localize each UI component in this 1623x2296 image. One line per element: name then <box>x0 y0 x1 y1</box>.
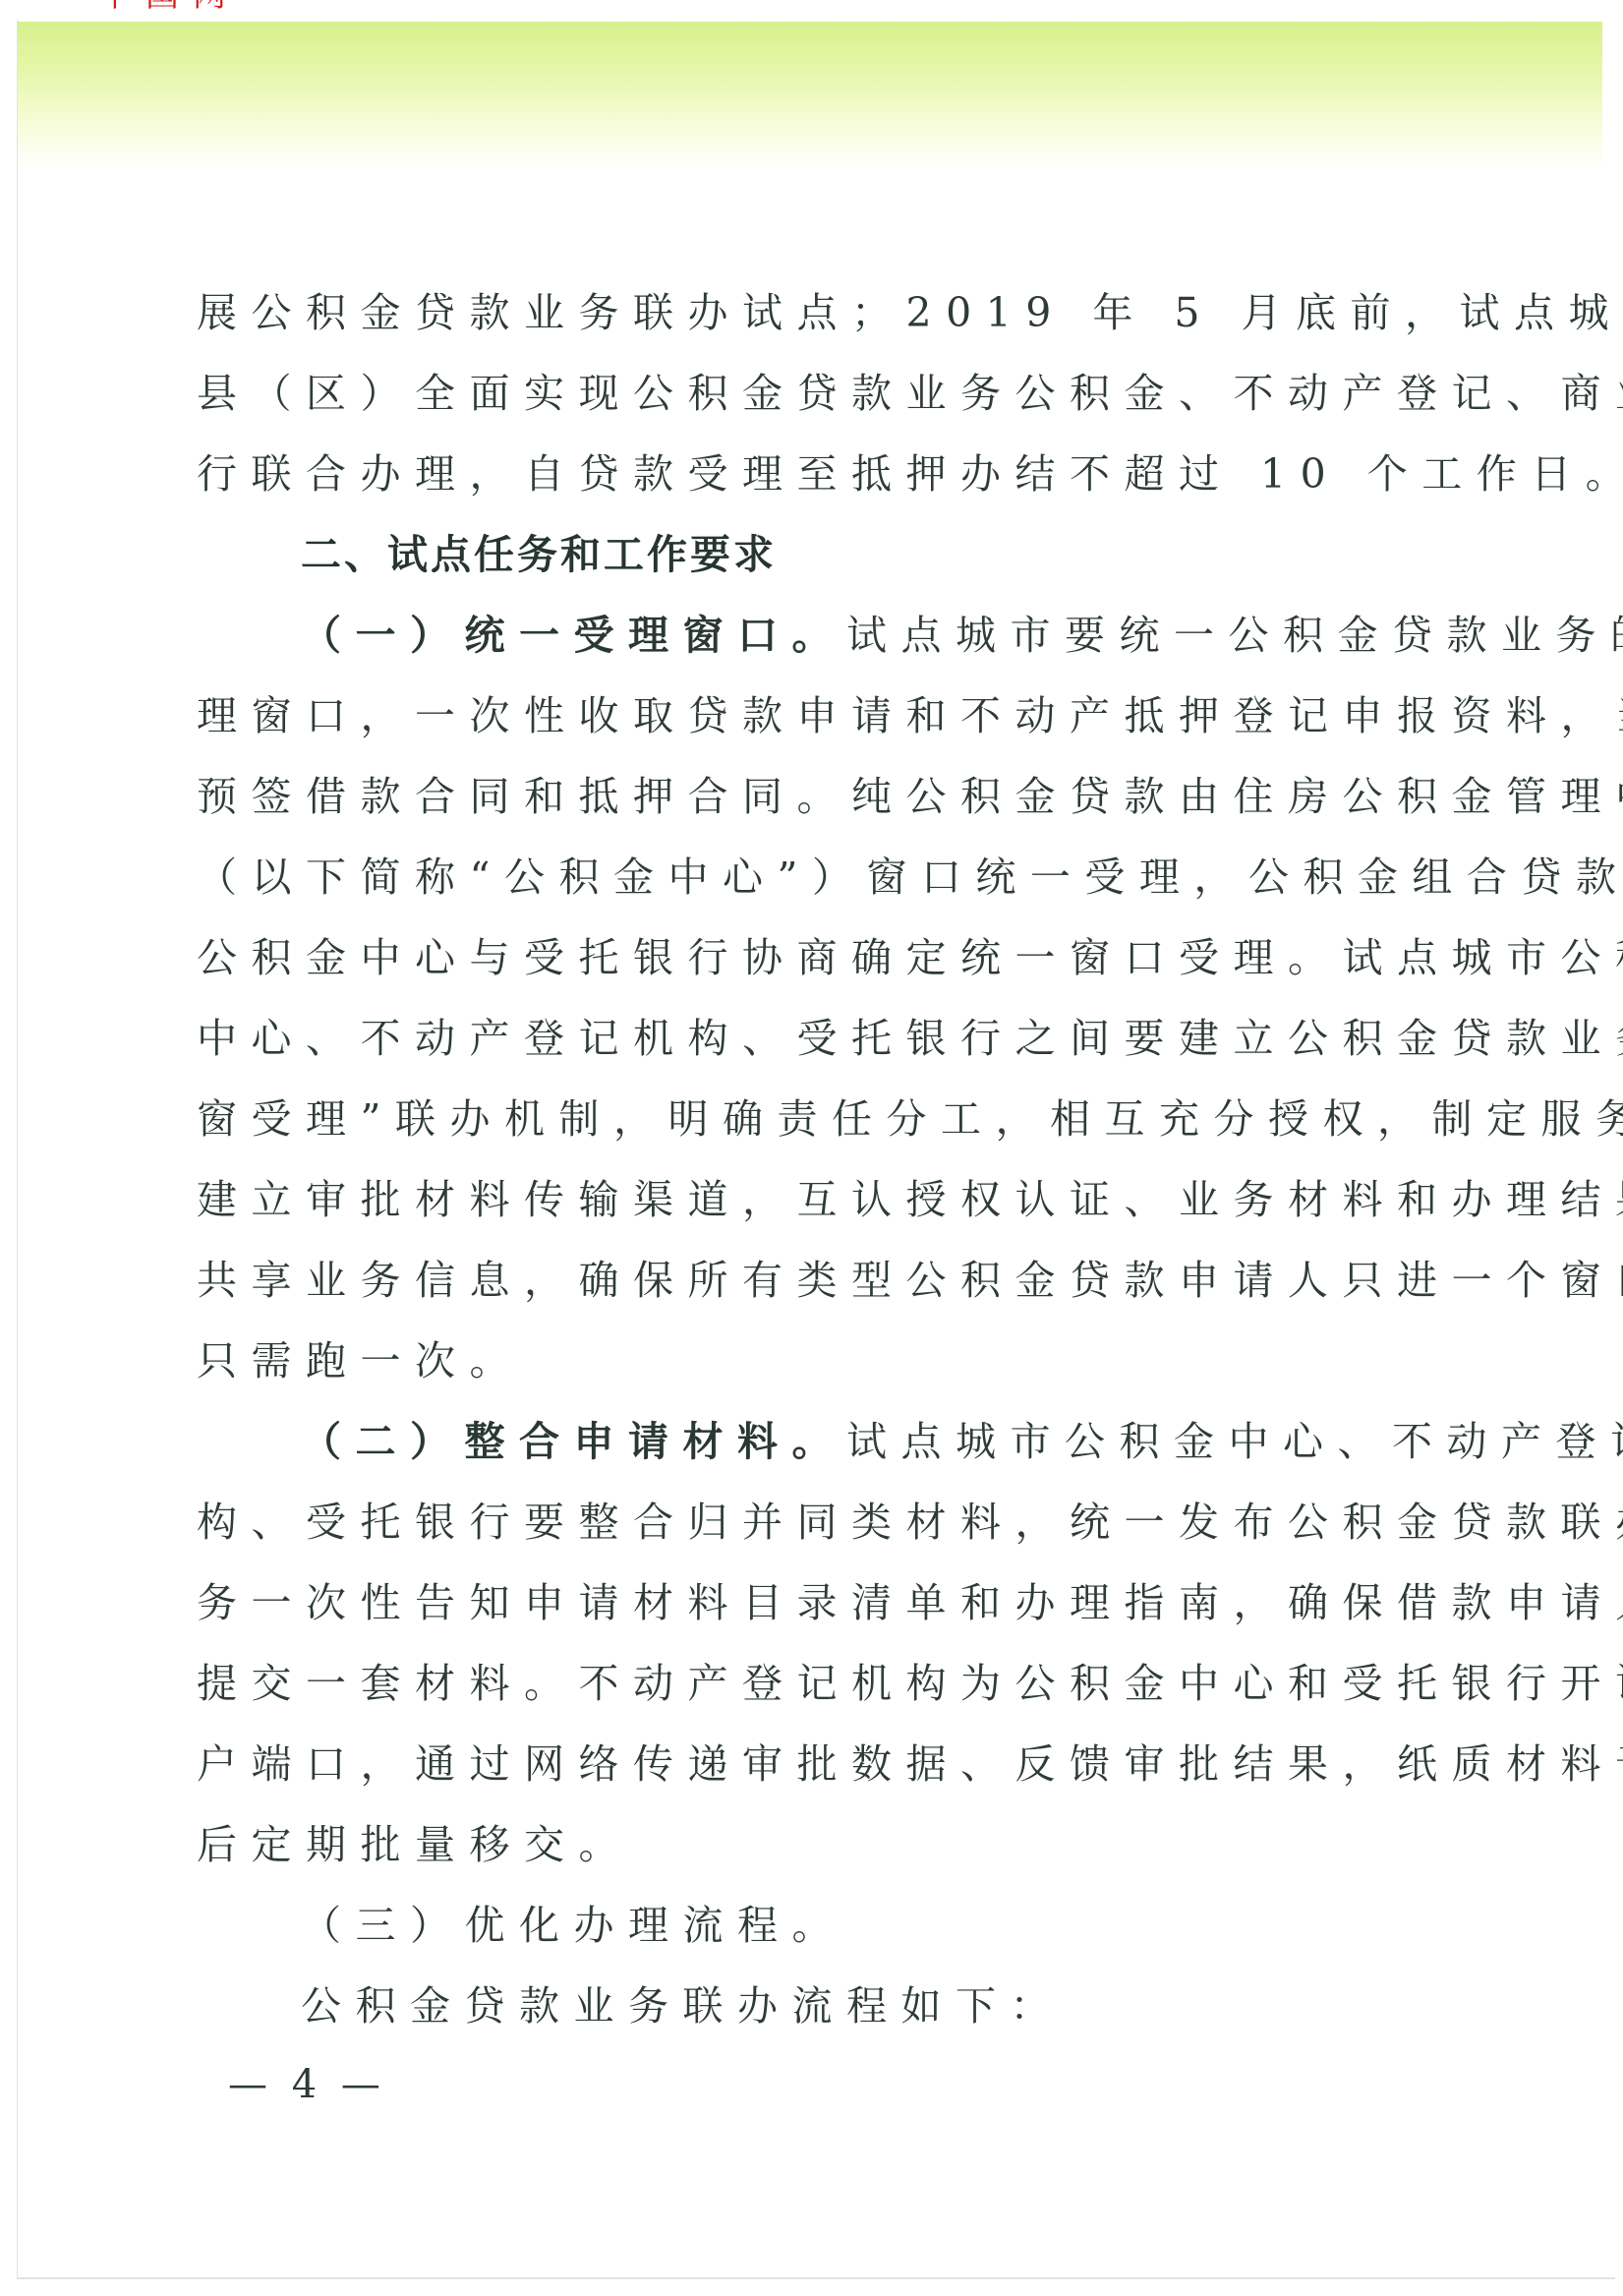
text-line: 建立审批材料传输渠道，互认授权认证、业务材料和办理结果， <box>197 1159 1450 1240</box>
text-line: 公积金贷款业务联办流程如下： <box>197 1966 1450 2046</box>
text-line: （以下简称“公积金中心”）窗口统一受理，公积金组合贷款可由 <box>197 837 1450 917</box>
text-line: 窗受理”联办机制，明确责任分工，相互充分授权，制定服务规范， <box>197 1079 1450 1159</box>
text-line: 行联合办理，自贷款受理至抵押办结不超过 10 个工作日。 <box>197 434 1450 514</box>
text-line: 理窗口，一次性收取贷款申请和不动产抵押登记申报资料，当场 <box>197 676 1450 756</box>
paragraph-integrate-materials: （二）整合申请材料。试点城市公积金中心、不动产登记机 构、受托银行要整合归并同类… <box>197 1401 1450 1885</box>
text-line: 提交一套材料。不动产登记机构为公积金中心和受托银行开设用 <box>197 1643 1450 1724</box>
text-line: （二）整合申请材料。试点城市公积金中心、不动产登记机 <box>197 1401 1450 1482</box>
text-line: 只需跑一次。 <box>197 1321 1450 1401</box>
text-line: （三）优化办理流程。 <box>197 1885 1450 1966</box>
text-line: 公积金中心与受托银行协商确定统一窗口受理。试点城市公积金 <box>197 917 1450 998</box>
top-stamp-text: 中国网 <box>98 0 240 12</box>
text-line: 户端口，通过网络传递审批数据、反馈审批结果，纸质材料于事 <box>197 1724 1450 1804</box>
text-line: 构、受托银行要整合归并同类材料，统一发布公积金贷款联办业 <box>197 1482 1450 1562</box>
page-number: — 4 — <box>228 2061 386 2108</box>
text-fragment: 试点城市要统一公积金贷款业务的受 <box>846 612 1623 659</box>
text-fragment: 试点城市公积金中心、不动产登记机 <box>846 1418 1623 1465</box>
text-line: 展公积金贷款业务联办试点；2019 年 5 月底前，试点城市所辖市、 <box>197 272 1450 353</box>
text-line: （一）统一受理窗口。试点城市要统一公积金贷款业务的受 <box>197 595 1450 676</box>
text-line: 预签借款合同和抵押合同。纯公积金贷款由住房公积金管理中心 <box>197 756 1450 837</box>
text-line: 务一次性告知申请材料目录清单和办理指南，确保借款申请人只 <box>197 1562 1450 1643</box>
paragraph-optimize-process: （三）优化办理流程。 <box>197 1885 1450 1966</box>
subsection-title: （一）统一受理窗口。 <box>301 612 846 659</box>
text-line: 共享业务信息，确保所有类型公积金贷款申请人只进一个窗口， <box>197 1240 1450 1321</box>
header-band <box>18 22 1602 169</box>
text-line: 后定期批量移交。 <box>197 1804 1450 1885</box>
document-body: 展公积金贷款业务联办试点；2019 年 5 月底前，试点城市所辖市、 县（区）全… <box>197 272 1450 2046</box>
subsection-title: （二）整合申请材料。 <box>301 1418 846 1465</box>
subsection-title: （三）优化办理流程。 <box>301 1902 846 1949</box>
text-line: 中心、不动产登记机构、受托银行之间要建立公积金贷款业务“一 <box>197 998 1450 1079</box>
paragraph-process-intro: 公积金贷款业务联办流程如下： <box>197 1966 1450 2046</box>
text-line: 县（区）全面实现公积金贷款业务公积金、不动产登记、商业银 <box>197 353 1450 434</box>
paragraph-continuation: 展公积金贷款业务联办试点；2019 年 5 月底前，试点城市所辖市、 县（区）全… <box>197 272 1450 514</box>
section-heading: 二、试点任务和工作要求 <box>197 514 1450 595</box>
paragraph-unified-window: （一）统一受理窗口。试点城市要统一公积金贷款业务的受 理窗口，一次性收取贷款申请… <box>197 595 1450 1401</box>
